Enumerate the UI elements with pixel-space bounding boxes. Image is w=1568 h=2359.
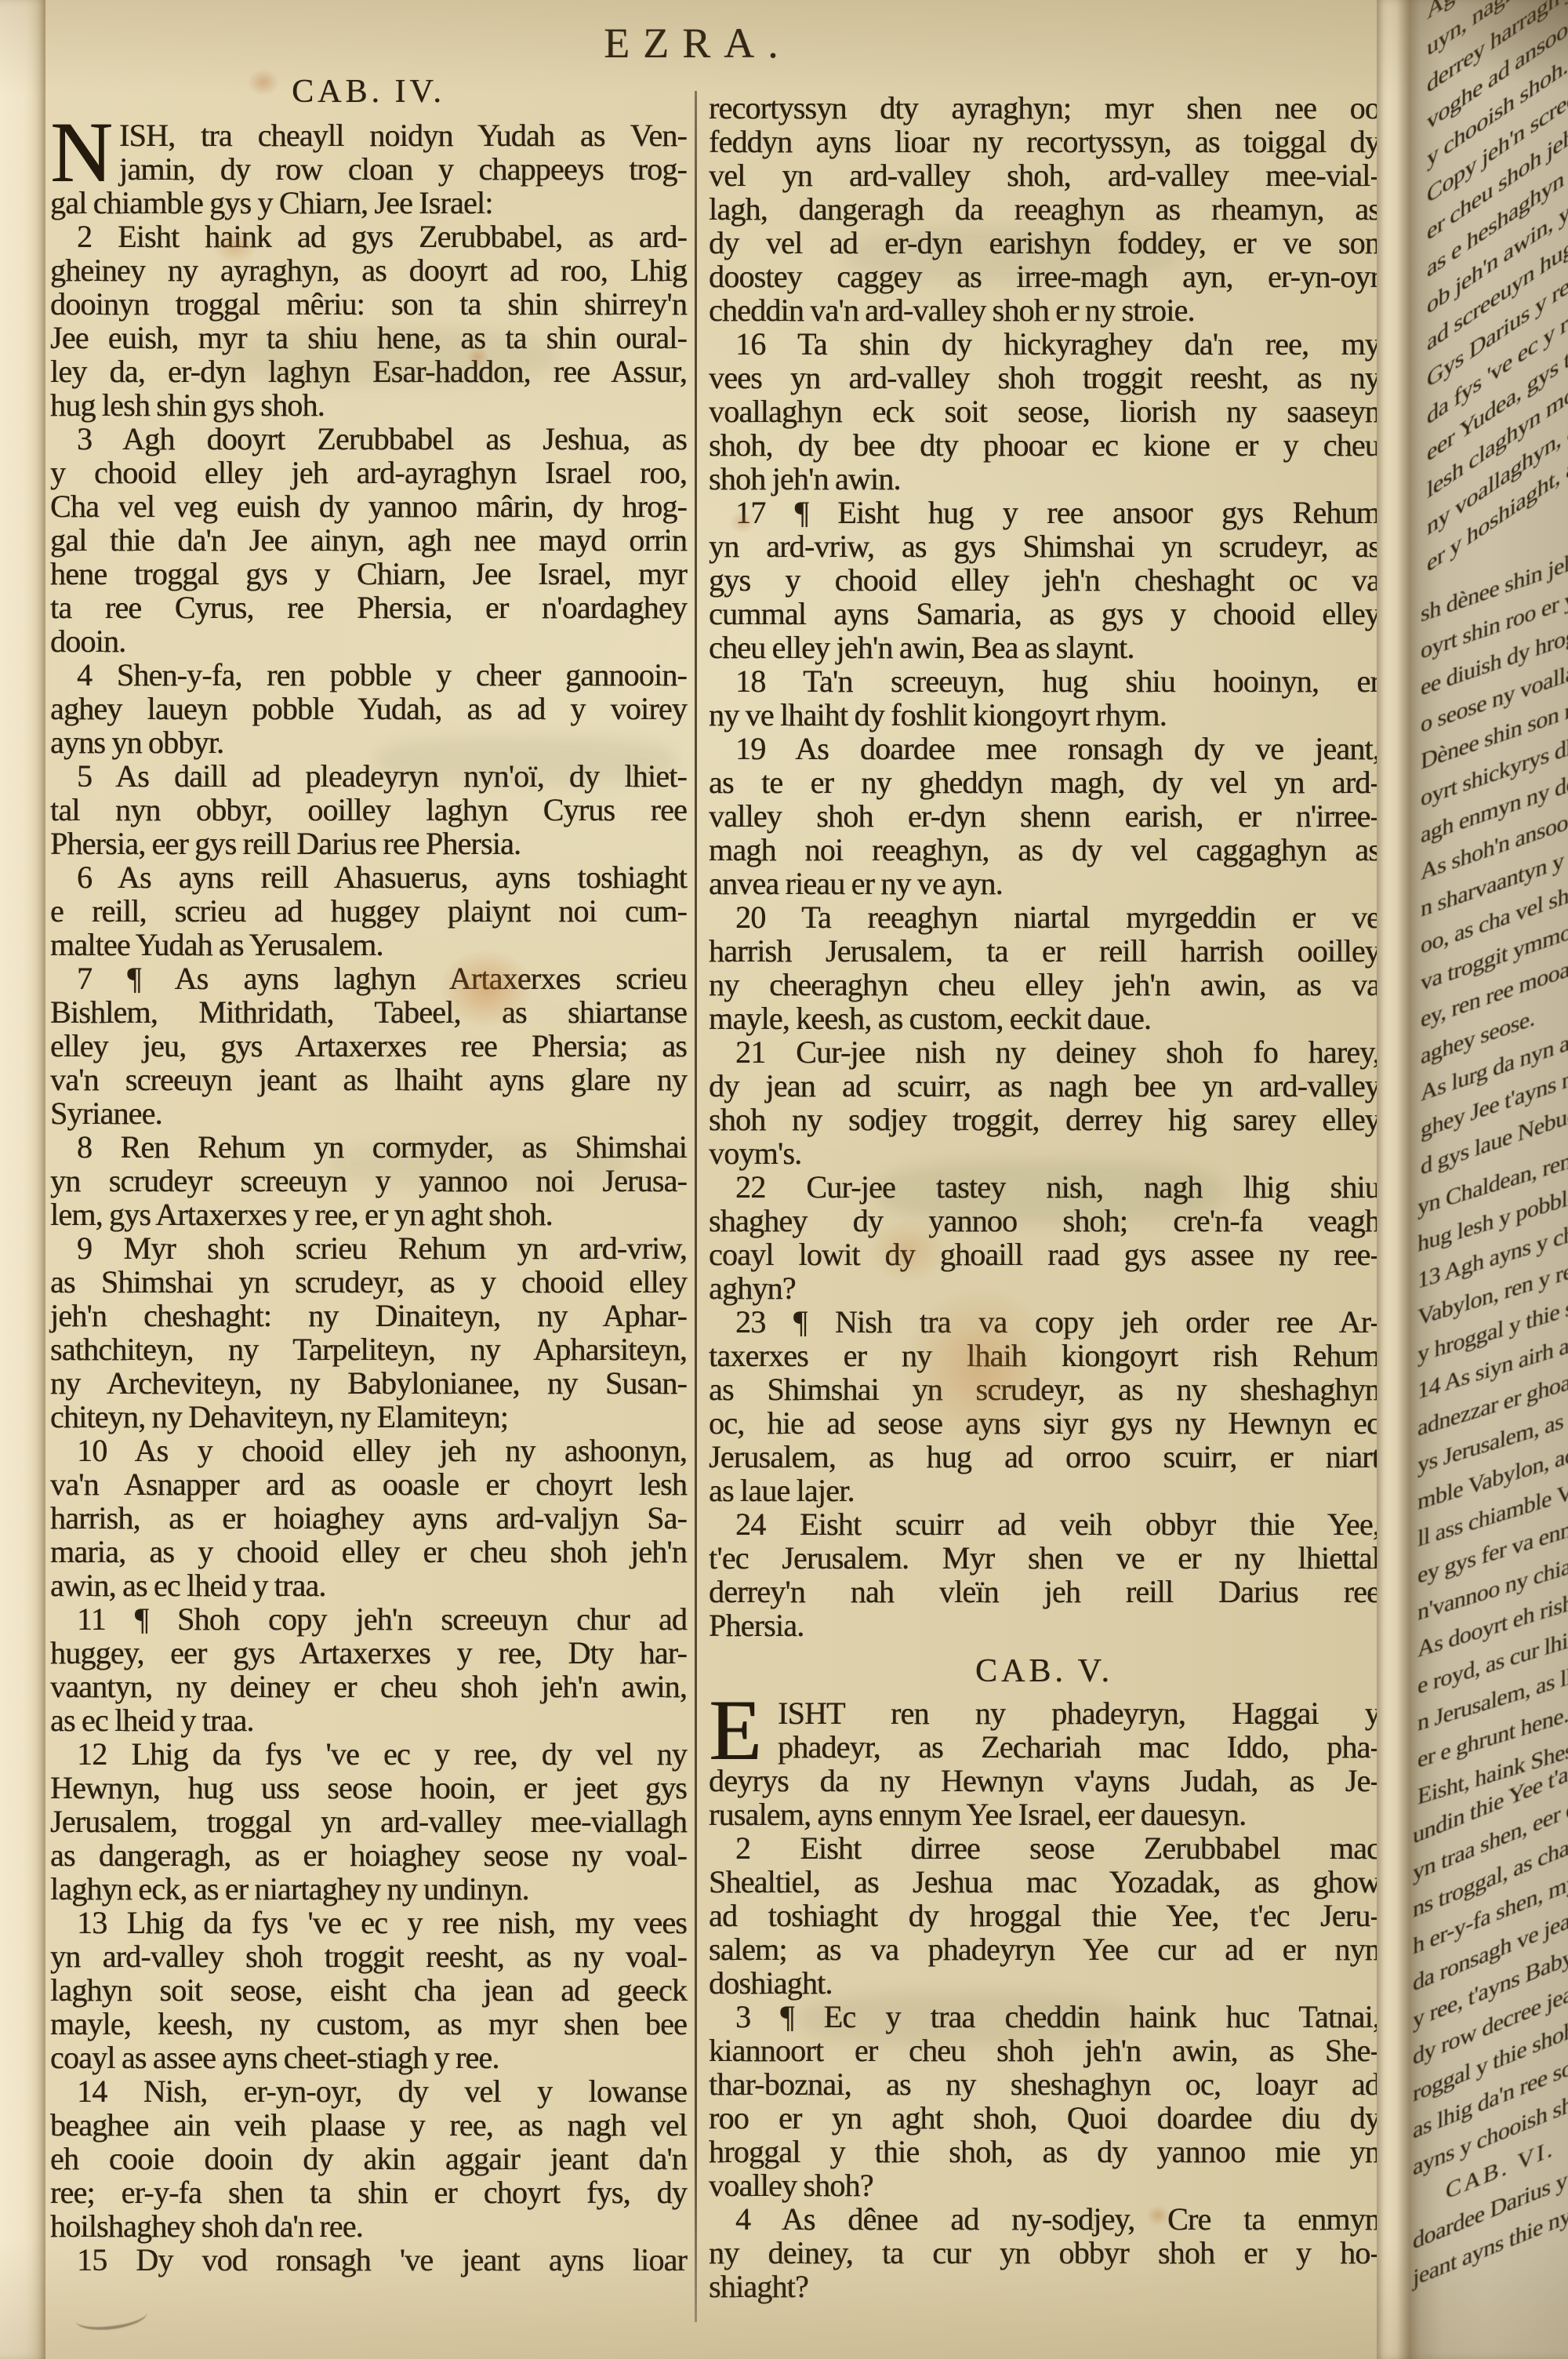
- text-line: aghyn?: [709, 1271, 1380, 1305]
- text-line: yn scrudeyr screeuyn y yannoo noi Jerusa…: [50, 1164, 687, 1198]
- text-line: gal chiamble gys y Chiarn, Jee Israel:: [50, 186, 687, 220]
- text-line: deyrys da ny Hewnyn v'ayns Judah, as Je-: [709, 1764, 1380, 1797]
- text-line: vaantyn, ny deiney er cheu shoh jeh'n aw…: [50, 1670, 687, 1703]
- text-line: huggey, eer gys Artaxerxes y ree, Dty ha…: [50, 1636, 687, 1670]
- text-line: 2 Eisht dirree seose Zerubbabel mac: [709, 1831, 1380, 1865]
- text-line: maria, as y chooid elley er cheu shoh je…: [50, 1535, 687, 1568]
- text-line: as Shimshai yn scrudeyr, as ny sheshaghy…: [709, 1372, 1380, 1406]
- text-line: hroggal y thie shoh, as dy yannoo mie yn: [709, 2135, 1380, 2168]
- text-line: oc, hie ad seose ayns siyr gys ny Hewnyn…: [709, 1406, 1380, 1440]
- text-line: 14 Nish, er-yn-oyr, dy vel y lowanse: [50, 2074, 687, 2108]
- text-line: va'n screeuyn jeant as lhaiht ayns glare…: [50, 1063, 687, 1096]
- text-line: gys y chooid elley jeh'n cheshaght oc va: [709, 563, 1380, 597]
- verse: 12 Lhig da fys 've ec y ree, dy vel nyHe…: [50, 1737, 687, 1906]
- text-line: dy jean ad scuirr, as nagh bee yn ard-va…: [709, 1069, 1380, 1103]
- text-line: cheu elley jeh'n awin, Bea as slaynt.: [709, 631, 1380, 664]
- text-line: 4 Shen-y-fa, ren pobble y cheer gannooin…: [50, 658, 687, 692]
- text-line: gheiney ny ayraghyn, as dooyrt ad roo, L…: [50, 253, 687, 287]
- text-line: elley jeu, gys Artaxerxes ree Phersia; a…: [50, 1029, 687, 1063]
- text-line: harrish Jerusalem, ta er reill harrish o…: [709, 934, 1380, 968]
- text-line: aghey laueyn pobble Yudah, as ad y voire…: [50, 692, 687, 725]
- text-line: Cha vel veg euish dy yannoo mârin, dy hr…: [50, 489, 687, 523]
- text-line: kiannoort er cheu shoh jeh'n awin, as Sh…: [709, 2034, 1380, 2067]
- text-line: salem; as va phadeyryn Yee cur ad er nyn: [709, 1932, 1380, 1966]
- text-line: beaghee ain veih plaase y ree, as nagh v…: [50, 2108, 687, 2142]
- text-line: 21 Cur-jee nish ny deiney shoh fo harey,: [709, 1035, 1380, 1069]
- book-page: EZRA. CAB. IV.NISH, tra cheayll noidyn Y…: [0, 0, 1568, 2359]
- text-line: ny Archeviteyn, ny Babylonianee, ny Susa…: [50, 1366, 687, 1400]
- text-line: rusalem, ayns ennym Yee Israel, eer daue…: [709, 1797, 1380, 1831]
- verse: 3 ¶ Ec y traa cheddin haink huc Tatnai,k…: [709, 2000, 1380, 2202]
- text-line: as dangeragh, as er hoiaghey seose ny vo…: [50, 1838, 687, 1872]
- next-page-curl: Agh va sooill y Jeeuyn, nagh voddagh ad …: [1377, 0, 1568, 2359]
- text-line: roo er yn aght shoh, Quoi doardee diu dy: [709, 2101, 1380, 2135]
- text-line: 8 Ren Rehum yn cormyder, as Shimshai: [50, 1130, 687, 1164]
- text-line: eh cooie dooin dy akin aggair jeant da'n: [50, 2142, 687, 2175]
- chapter-heading: CAB. IV.: [50, 75, 687, 109]
- text-line: 22 Cur-jee tastey nish, nagh lhig shiu: [709, 1170, 1380, 1204]
- text-line: as ec lheid y traa.: [50, 1703, 687, 1737]
- right-text-column: recortyssyn dty ayraghyn; myr shen nee o…: [709, 91, 1380, 2303]
- verse: 3 Agh dooyrt Zerubbabel as Jeshua, asy c…: [50, 422, 687, 658]
- text-line: voym's.: [709, 1136, 1380, 1170]
- text-line: ayns yn obbyr.: [50, 725, 687, 759]
- text-line: dooin.: [50, 624, 687, 658]
- text-line: coayl as assee ayns cheet-stiagh y ree.: [50, 2041, 687, 2074]
- text-line: 6 As ayns reill Ahasuerus, ayns toshiagh…: [50, 860, 687, 894]
- verse: 9 Myr shoh scrieu Rehum yn ard-vriw,as S…: [50, 1231, 687, 1434]
- verse: 5 As daill ad pleadeyryn nyn'oï, dy lhie…: [50, 759, 687, 860]
- verse: 8 Ren Rehum yn cormyder, as Shimshaiyn s…: [50, 1130, 687, 1231]
- text-line: doostey caggey as irree-magh ayn, er-yn-…: [709, 260, 1380, 293]
- text-line: Shealtiel, as Jeshua mac Yozadak, as gho…: [709, 1865, 1380, 1899]
- text-line: ny cheeraghyn cheu elley jeh'n awin, as …: [709, 968, 1380, 1001]
- verse: 17 ¶ Eisht hug y ree ansoor gys Rehumyn …: [709, 496, 1380, 664]
- verse: 13 Lhig da fys 've ec y ree nish, my vee…: [50, 1906, 687, 2074]
- text-line: gal thie da'n Jee ainyn, agh nee mayd or…: [50, 523, 687, 557]
- text-line: ta ree Cyrus, ree Phersia, er n'oardaghe…: [50, 591, 687, 624]
- verse: 24 Eisht scuirr ad veih obbyr thie Yee,t…: [709, 1507, 1380, 1642]
- drop-cap: E: [709, 1699, 760, 1761]
- text-line: thar-boznai, as ny sheshaghyn oc, loayr …: [709, 2067, 1380, 2101]
- text-line: as te er ny gheddyn magh, dy vel yn ard-: [709, 765, 1380, 799]
- text-line: y chooid elley jeh ard-ayraghyn Israel r…: [50, 456, 687, 489]
- left-text-column: CAB. IV.NISH, tra cheayll noidyn Yudah a…: [50, 74, 687, 2277]
- text-line: voalley shoh?: [709, 2168, 1380, 2202]
- text-line: vel yn ard-valley shoh, ard-valley mee-v…: [709, 158, 1380, 192]
- text-line: 5 As daill ad pleadeyryn nyn'oï, dy lhie…: [50, 759, 687, 793]
- verse: 2 Eisht haink ad gys Zerubbabel, as ard-…: [50, 220, 687, 422]
- text-line: lagh, dangeragh da reeaghyn as rheamyn, …: [709, 192, 1380, 226]
- text-line: vees yn ard-valley shoh troggit reesht, …: [709, 361, 1380, 394]
- text-line: ree; er-y-fa shen ta shin er choyrt fys,…: [50, 2175, 687, 2209]
- text-line: 2 Eisht haink ad gys Zerubbabel, as ard-: [50, 220, 687, 253]
- text-line: cheddin va'n ard-valley shoh er ny stroi…: [709, 293, 1380, 327]
- text-line: harrish, as er hoiaghey ayns ard-valjyn …: [50, 1501, 687, 1535]
- verse: EISHT ren ny phadeyryn, Haggai yphadeyr,…: [709, 1696, 1380, 1831]
- text-line: hug lesh shin gys shoh.: [50, 388, 687, 422]
- text-line: 24 Eisht scuirr ad veih obbyr thie Yee,: [709, 1507, 1380, 1541]
- text-line: 11 ¶ Shoh copy jeh'n screeuyn chur ad: [50, 1602, 687, 1636]
- curl-text-group: Agh va sooill y Jeeuyn, nagh voddagh ad …: [1427, 0, 1568, 583]
- text-line: hoilshaghey shoh da'n ree.: [50, 2209, 687, 2243]
- text-line: derrey'n nah vleïn jeh reill Darius ree: [709, 1575, 1380, 1608]
- verse: 7 ¶ As ayns laghyn Artaxerxes scrieuBish…: [50, 961, 687, 1130]
- text-line: ley da, er-dyn laghyn Esar-haddon, ree A…: [50, 354, 687, 388]
- running-head: EZRA.: [31, 19, 1364, 67]
- text-line: taxerxes er ny lhaih kiongoyrt rish Rehu…: [709, 1339, 1380, 1372]
- text-line: ny deiney, ta cur yn obbyr shoh er y ho-: [709, 2236, 1380, 2270]
- text-line: 13 Lhig da fys 've ec y ree nish, my vee…: [50, 1906, 687, 1939]
- verse: 4 Shen-y-fa, ren pobble y cheer gannooin…: [50, 658, 687, 759]
- text-line: 12 Lhig da fys 've ec y ree, dy vel ny: [50, 1737, 687, 1771]
- text-line: laghyn eck, as er niartaghey ny undinyn.: [50, 1872, 687, 1906]
- text-line: 23 ¶ Nish tra va copy jeh order ree Ar-: [709, 1305, 1380, 1339]
- text-line: yn ard-valley shoh troggit reesht, as ny…: [50, 1939, 687, 1973]
- text-line: 3 ¶ Ec y traa cheddin haink huc Tatnai,: [709, 2000, 1380, 2034]
- text-line: 17 ¶ Eisht hug y ree ansoor gys Rehum: [709, 496, 1380, 529]
- verse: 20 Ta reeaghyn niartal myrgeddin er veha…: [709, 900, 1380, 1035]
- text-line: 16 Ta shin dy hickyraghey da'n ree, my: [709, 327, 1380, 361]
- verse: 23 ¶ Nish tra va copy jeh order ree Ar-t…: [709, 1305, 1380, 1507]
- text-line: Jee euish, myr ta shiu hene, as ta shin …: [50, 321, 687, 354]
- text-line: shoh jeh'n awin.: [709, 462, 1380, 496]
- text-line: va'n Asnapper ard as ooasle er choyrt le…: [50, 1467, 687, 1501]
- verse: 18 Ta'n screeuyn, hug shiu hooinyn, erny…: [709, 664, 1380, 732]
- curl-text-group: yn Chaldean, ren y thie chhug lesh y pob…: [1417, 1086, 1568, 1816]
- text-line: magh noi reeaghyn, as dy vel caggaghyn a…: [709, 833, 1380, 867]
- text-line: 19 As doardee mee ronsagh dy ve jeant,: [709, 732, 1380, 765]
- text-line: phadeyr, as Zechariah mac Iddo, pha-: [709, 1730, 1380, 1764]
- text-line: shoh ny sodjey troggit, derrey hig sarey…: [709, 1103, 1380, 1136]
- text-line: anvea rieau er ny ve ayn.: [709, 867, 1380, 900]
- text-line: Jerusalem, as hug ad orroo scuirr, er ni…: [709, 1440, 1380, 1474]
- text-line: 15 Dy vod ronsagh 've jeant ayns lioar: [50, 2243, 687, 2277]
- verse: 2 Eisht dirree seose Zerubbabel macSheal…: [709, 1831, 1380, 2000]
- text-line: maltee Yudah as Yerusalem.: [50, 928, 687, 961]
- left-page-edge: [0, 0, 45, 2359]
- text-line: awin, as ec lheid y traa.: [50, 1568, 687, 1602]
- text-line: mayle, keesh, ny custom, as myr shen bee: [50, 2007, 687, 2041]
- text-line: yn ard-vriw, as gys Shimshai yn scrudeyr…: [709, 529, 1380, 563]
- text-line: dy vel ad er-dyn earishyn foddey, er ve …: [709, 226, 1380, 260]
- text-line: valley shoh er-dyn shenn earish, er n'ir…: [709, 799, 1380, 833]
- text-line: t'ec Jerusalem. Myr shen ve er ny lhiett…: [709, 1541, 1380, 1575]
- text-line: as Shimshai yn scrudeyr, as y chooid ell…: [50, 1265, 687, 1299]
- text-line: 10 As y chooid elley jeh ny ashoonyn,: [50, 1434, 687, 1467]
- verse: 4 As dênee ad ny-sodjey, Cre ta enmynny …: [709, 2202, 1380, 2303]
- text-line: Syrianee.: [50, 1096, 687, 1130]
- verse: 21 Cur-jee nish ny deiney shoh fo harey,…: [709, 1035, 1380, 1170]
- verse: 6 As ayns reill Ahasuerus, ayns toshiagh…: [50, 860, 687, 961]
- text-line: 4 As dênee ad ny-sodjey, Cre ta enmyn: [709, 2202, 1380, 2236]
- text-line: jamin, dy row cloan y chappeeys trog-: [50, 152, 687, 186]
- verse: recortyssyn dty ayraghyn; myr shen nee o…: [709, 91, 1380, 327]
- column-divider-rule: [695, 91, 697, 2322]
- text-line: jeh'n cheshaght: ny Dinaiteyn, ny Aphar-: [50, 1299, 687, 1332]
- text-line: shoh, dy bee dty phooar ec kione er y ch…: [709, 428, 1380, 462]
- text-line: sathchiteyn, ny Tarpeliteyn, ny Apharsit…: [50, 1332, 687, 1366]
- verse: 16 Ta shin dy hickyraghey da'n ree, myve…: [709, 327, 1380, 496]
- text-line: lem, gys Artaxerxes y ree, er yn aght sh…: [50, 1198, 687, 1231]
- text-line: cummal ayns Samaria, as gys y chooid ell…: [709, 597, 1380, 631]
- verse: 19 As doardee mee ronsagh dy ve jeant,as…: [709, 732, 1380, 900]
- text-line: 7 ¶ As ayns laghyn Artaxerxes scrieu: [50, 961, 687, 995]
- drop-cap: N: [50, 121, 112, 184]
- text-line: Jerusalem, troggal yn ard-valley mee-via…: [50, 1805, 687, 1838]
- text-line: as laue lajer.: [709, 1474, 1380, 1507]
- verse: 14 Nish, er-yn-oyr, dy vel y lowansebeag…: [50, 2074, 687, 2243]
- text-line: shiaght?: [709, 2270, 1380, 2303]
- text-line: tal nyn obbyr, ooilley laghyn Cyrus ree: [50, 793, 687, 827]
- text-line: 18 Ta'n screeuyn, hug shiu hooinyn, er: [709, 664, 1380, 698]
- text-line: 9 Myr shoh scrieu Rehum yn ard-vriw,: [50, 1231, 687, 1265]
- text-line: e reill, scrieu ad huggey plaiynt noi cu…: [50, 894, 687, 928]
- text-line: 20 Ta reeaghyn niartal myrgeddin er ve: [709, 900, 1380, 934]
- text-line: feddyn ayns lioar ny recortyssyn, as toi…: [709, 125, 1380, 158]
- chapter-heading: CAB. V.: [709, 1655, 1380, 1688]
- text-line: Bishlem, Mithridath, Tabeel, as shiartan…: [50, 995, 687, 1029]
- text-line: Phersia.: [709, 1608, 1380, 1642]
- text-line: ISH, tra cheayll noidyn Yudah as Ven-: [50, 118, 687, 152]
- verse: 10 As y chooid elley jeh ny ashoonyn,va'…: [50, 1434, 687, 1602]
- verse: 22 Cur-jee tastey nish, nagh lhig shiush…: [709, 1170, 1380, 1305]
- verse: 11 ¶ Shoh copy jeh'n screeuyn chur adhug…: [50, 1602, 687, 1737]
- text-line: ISHT ren ny phadeyryn, Haggai y: [709, 1696, 1380, 1730]
- verse: NISH, tra cheayll noidyn Yudah as Ven-ja…: [50, 118, 687, 220]
- text-line: ny ve lhaiht dy foshlit kiongoyrt rhym.: [709, 698, 1380, 732]
- text-line: Phersia, eer gys reill Darius ree Phersi…: [50, 827, 687, 860]
- text-line: chiteyn, ny Dehaviteyn, ny Elamiteyn;: [50, 1400, 687, 1434]
- verse: 15 Dy vod ronsagh 've jeant ayns lioar: [50, 2243, 687, 2277]
- text-line: dooinyn troggal mêriu: son ta shin shirr…: [50, 287, 687, 321]
- text-line: ad toshiaght dy hroggal thie Yee, t'ec J…: [709, 1899, 1380, 1932]
- text-line: coayl lowit dy ghoaill raad gys assee ny…: [709, 1238, 1380, 1271]
- text-line: shaghey dy yannoo shoh; cre'n-fa veagh: [709, 1204, 1380, 1238]
- curl-text-group: sh dènee shin jeh ny shaoyrt shin roo er…: [1421, 480, 1568, 1186]
- text-line: mayle, keesh, as custom, eeckit daue.: [709, 1001, 1380, 1035]
- text-line: 3 Agh dooyrt Zerubbabel as Jeshua, as: [50, 422, 687, 456]
- text-line: doshiaght.: [709, 1966, 1380, 2000]
- pen-mark: [74, 2300, 148, 2334]
- text-line: recortyssyn dty ayraghyn; myr shen nee o…: [709, 91, 1380, 125]
- text-line: hene troggal gys y Chiarn, Jee Israel, m…: [50, 557, 687, 591]
- text-line: laghyn soit seose, eisht cha jean ad gee…: [50, 1973, 687, 2007]
- text-line: voallaghyn eck soit seose, liorish ny sa…: [709, 394, 1380, 428]
- text-line: Hewnyn, hug uss seose hooin, er jeet gys: [50, 1771, 687, 1805]
